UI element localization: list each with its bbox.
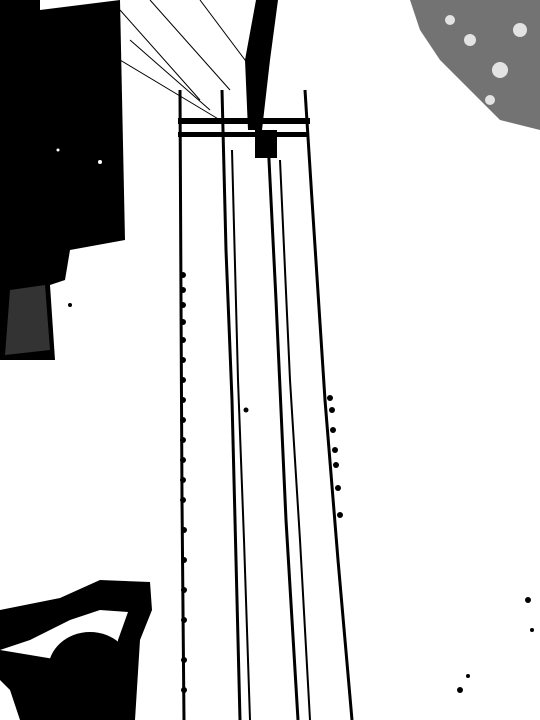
photo xyxy=(0,0,540,720)
